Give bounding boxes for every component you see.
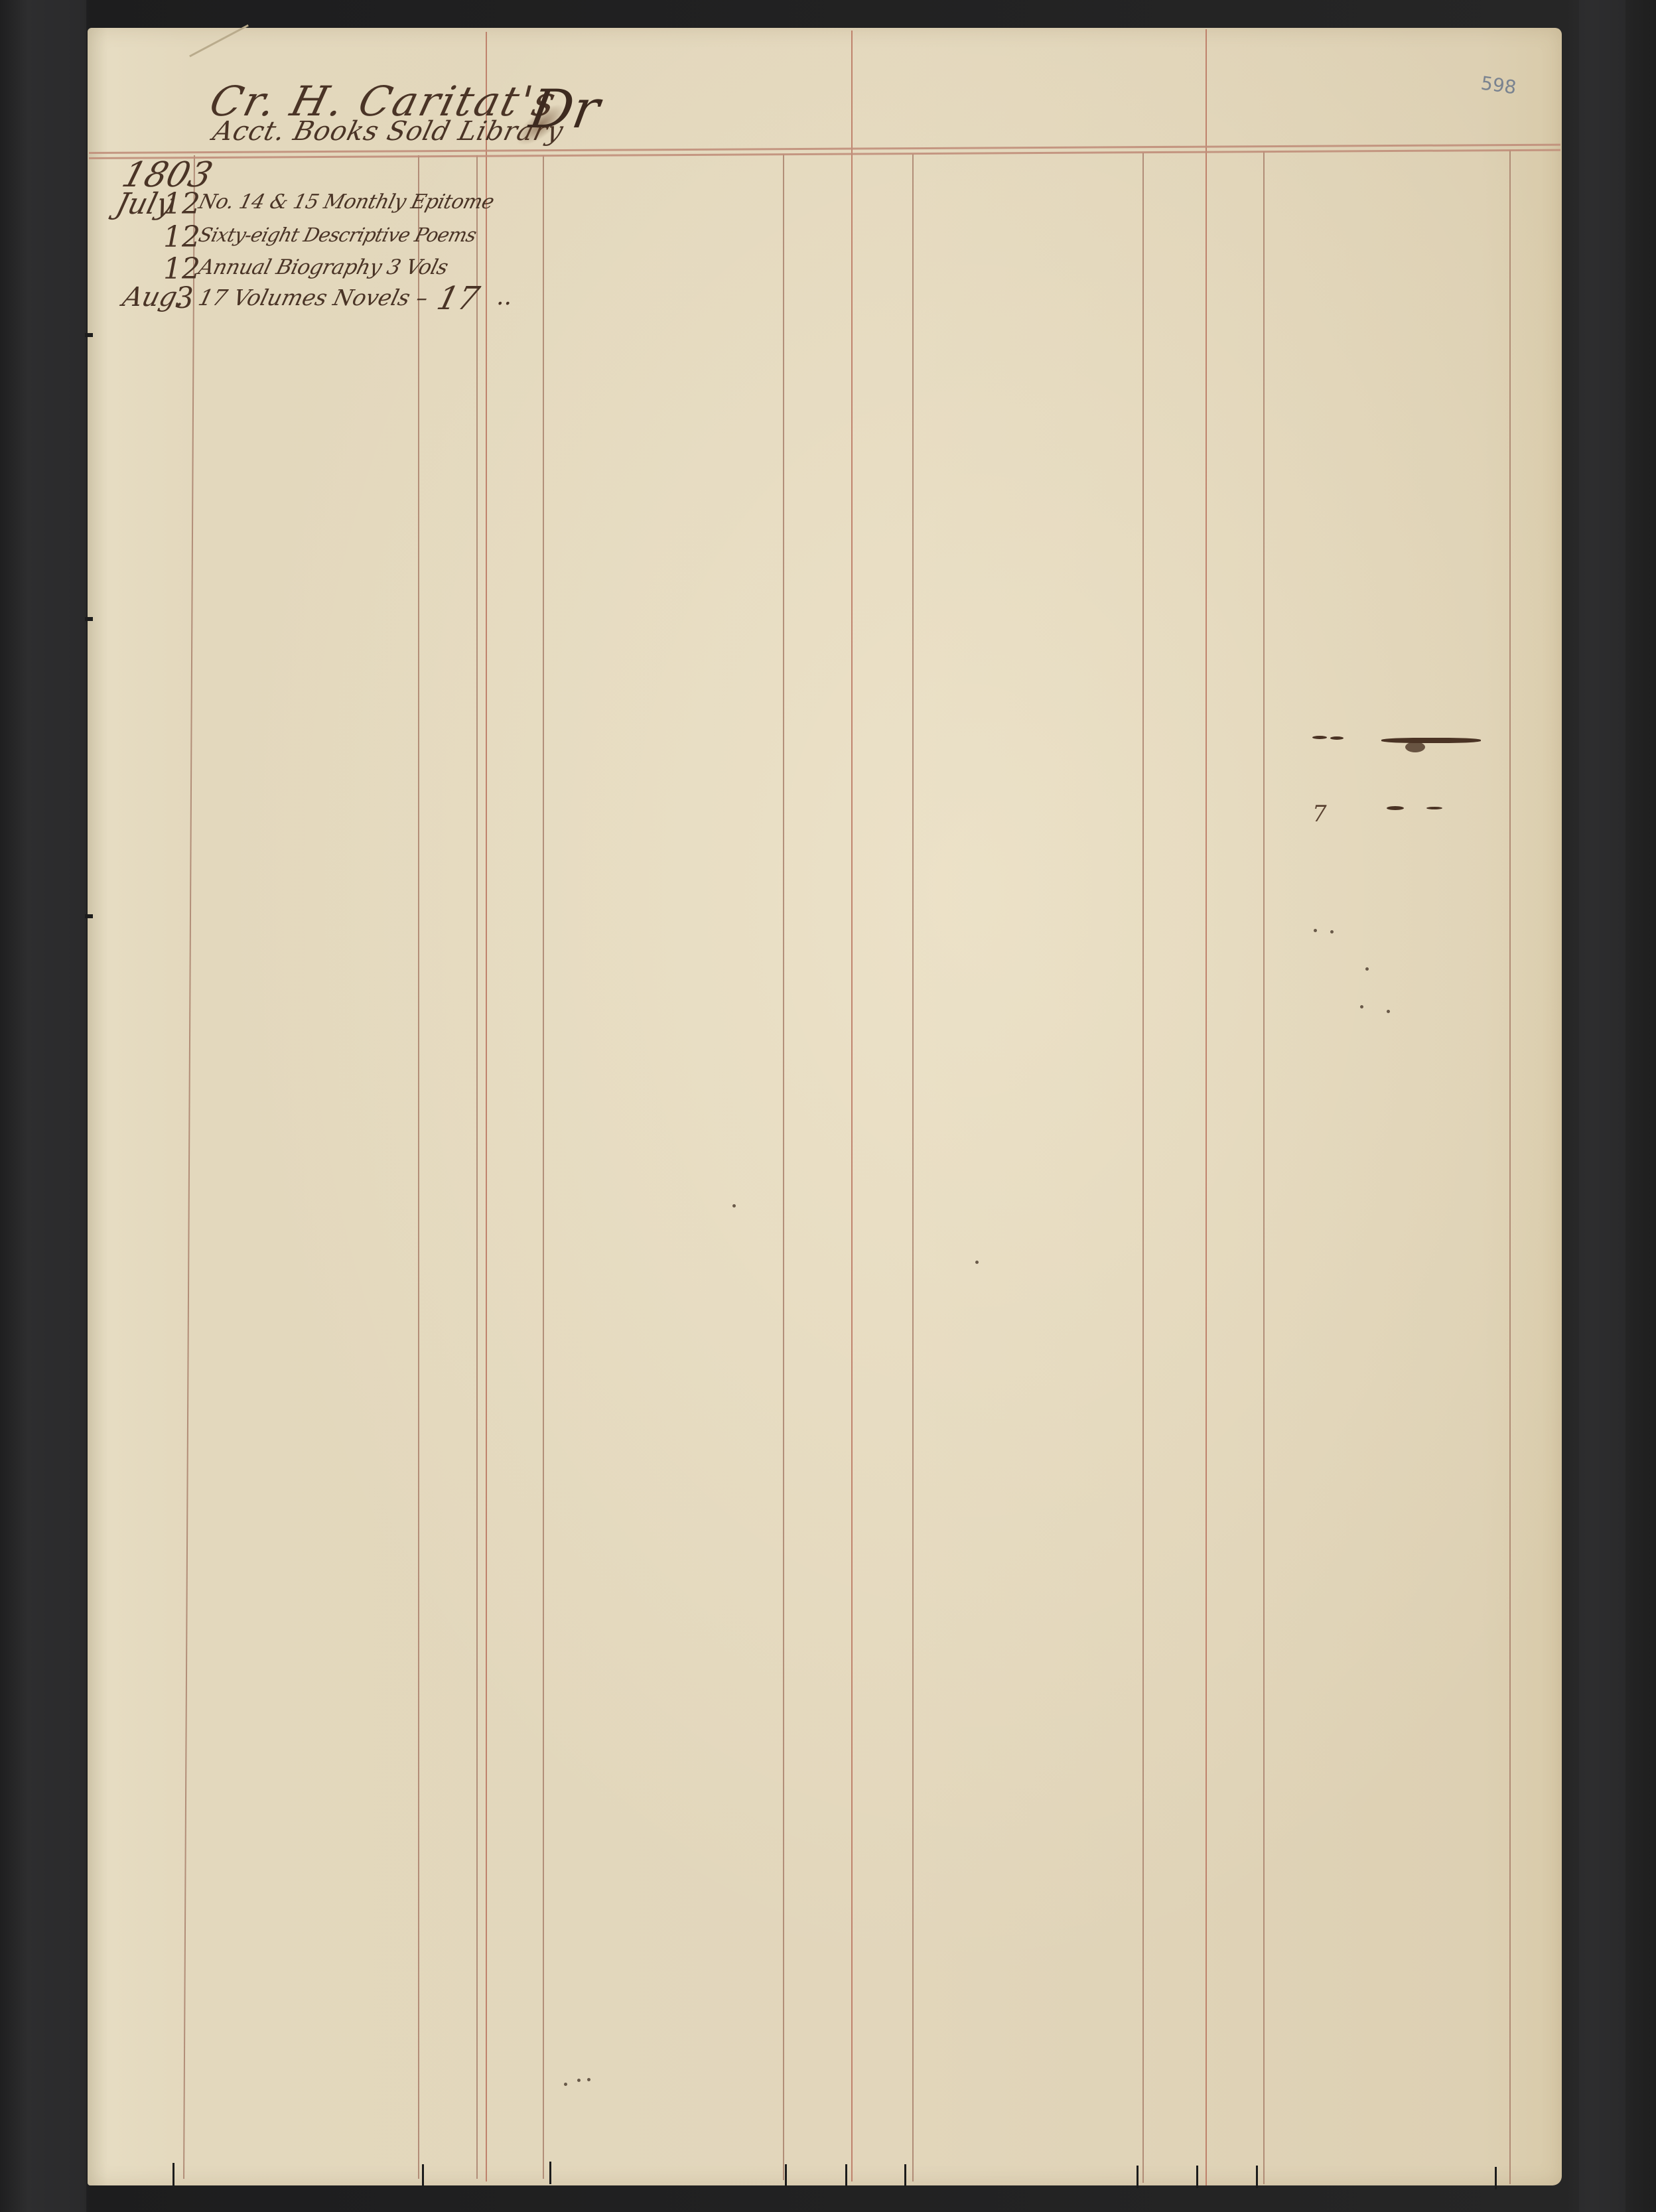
binding-tick	[85, 617, 93, 621]
ruling-line	[486, 32, 487, 2181]
entry-description: 17 Volumes Novels –	[196, 287, 431, 309]
binding-tick	[904, 2164, 906, 2187]
binding-tape-right	[1579, 0, 1625, 2212]
debit-mark: Dr	[525, 78, 604, 140]
ruling-line	[1142, 153, 1144, 2183]
paper-speck	[1360, 1005, 1363, 1008]
binding-tick	[1495, 2167, 1497, 2189]
binding-tick	[1196, 2166, 1198, 2188]
binding-tick	[785, 2164, 787, 2187]
entry-description: No. 14 & 15 Monthly Epitome	[196, 192, 496, 212]
binding-tick	[85, 333, 93, 337]
entry-day: 12	[163, 255, 200, 284]
ruling-line	[912, 154, 914, 2181]
offset-blot	[1312, 736, 1327, 739]
offset-blot	[1387, 806, 1404, 810]
ledger-page	[88, 28, 1562, 2185]
entry-day: 12	[163, 223, 200, 252]
ruling-line	[1509, 150, 1511, 2184]
paper-speck	[975, 1261, 979, 1264]
ruling-line	[418, 155, 419, 2179]
entry-amount: 17	[434, 283, 482, 314]
entry-cents: ..	[496, 285, 512, 309]
ruling-line	[851, 31, 853, 2181]
binding-tick	[1256, 2166, 1258, 2188]
ruling-line	[783, 154, 784, 2180]
offset-digit: 7	[1312, 803, 1327, 825]
entry-day: 3	[175, 284, 194, 313]
paper-speck	[577, 2079, 581, 2082]
paper-speck	[587, 2078, 590, 2081]
offset-blot	[1426, 807, 1442, 809]
ruling-line	[543, 155, 544, 2179]
binding-tick	[549, 2162, 551, 2184]
paper-speck	[1330, 930, 1334, 933]
ruling-line	[1206, 29, 1207, 2185]
paper-speck	[1387, 1010, 1390, 1013]
binding-tick	[845, 2164, 847, 2187]
paper-speck	[1314, 929, 1317, 932]
binding-tick	[1137, 2166, 1138, 2188]
offset-blot	[1330, 736, 1344, 740]
paper-speck	[564, 2083, 567, 2086]
entry-description: Sixty-eight Descriptive Poems	[196, 226, 478, 245]
binding-tick	[85, 914, 93, 918]
binding-tape-left	[27, 0, 86, 2212]
binding-tick	[422, 2164, 424, 2187]
binding-tick	[172, 2163, 174, 2185]
ruling-line	[1263, 151, 1265, 2184]
entry-day: 12	[163, 190, 200, 219]
entry-description: Annual Biography 3 Vols	[196, 257, 450, 278]
paper-speck	[1365, 967, 1369, 971]
ruling-line	[476, 155, 478, 2179]
offset-blot	[1405, 742, 1425, 752]
paper-speck	[732, 1204, 736, 1208]
offset-blot	[1381, 738, 1481, 743]
